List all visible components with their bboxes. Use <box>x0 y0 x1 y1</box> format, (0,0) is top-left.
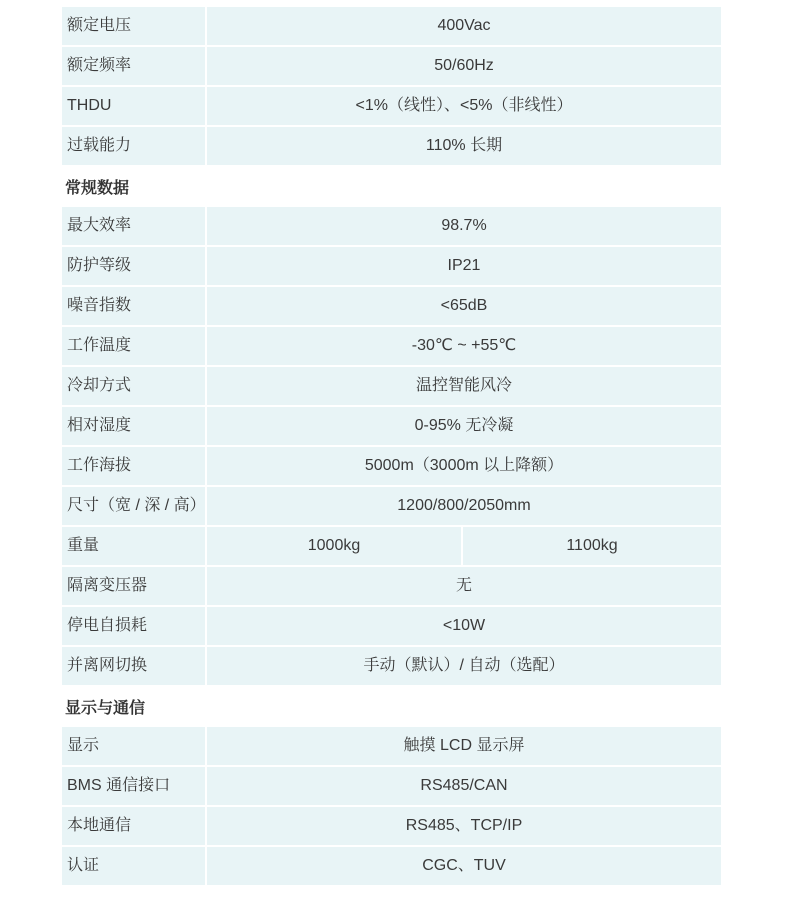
spec-value: 400Vac <box>207 7 721 45</box>
spec-label: 工作温度 <box>62 327 205 365</box>
spec-label: 并离网切换 <box>62 647 205 685</box>
spec-value: <1%（线性）、<5%（非线性） <box>207 87 721 125</box>
table-row: 冷却方式 温控智能风冷 <box>62 367 721 405</box>
spec-value: RS485/CAN <box>207 767 721 805</box>
spec-label: 隔离变压器 <box>62 567 205 605</box>
table-row: 工作温度 -30℃ ~ +55℃ <box>62 327 721 365</box>
spec-label: 本地通信 <box>62 807 205 845</box>
table-row: 最大效率 98.7% <box>62 207 721 245</box>
spec-value: 50/60Hz <box>207 47 721 85</box>
spec-value: 温控智能风冷 <box>207 367 721 405</box>
table-row: 隔离变压器 无 <box>62 567 721 605</box>
spec-label: 停电自损耗 <box>62 607 205 645</box>
spec-value: 无 <box>207 567 721 605</box>
spec-label: 最大效率 <box>62 207 205 245</box>
spec-value: <65dB <box>207 287 721 325</box>
spec-value-right: 1100kg <box>463 527 721 565</box>
spec-value-left: 1000kg <box>207 527 461 565</box>
table-row: 显示 触摸 LCD 显示屏 <box>62 727 721 765</box>
spec-value: 110% 长期 <box>207 127 721 165</box>
table-row: 认证 CGC、TUV <box>62 847 721 885</box>
spec-value: 0-95% 无冷凝 <box>207 407 721 445</box>
table-row: 额定电压 400Vac <box>62 7 721 45</box>
spec-value: 1200/800/2050mm <box>207 487 721 525</box>
table-row: THDU <1%（线性）、<5%（非线性） <box>62 87 721 125</box>
table-row: BMS 通信接口 RS485/CAN <box>62 767 721 805</box>
table-row-dual: 重量 1000kg 1100kg <box>62 527 721 565</box>
spec-value: <10W <box>207 607 721 645</box>
spec-label: 过载能力 <box>62 127 205 165</box>
table-row: 停电自损耗 <10W <box>62 607 721 645</box>
spec-value: RS485、TCP/IP <box>207 807 721 845</box>
spec-value: 5000m（3000m 以上降额） <box>207 447 721 485</box>
spec-label: 重量 <box>62 527 205 565</box>
spec-label: THDU <box>62 87 205 125</box>
spec-label: 防护等级 <box>62 247 205 285</box>
spec-label: 额定电压 <box>62 7 205 45</box>
table-row: 工作海拔 5000m（3000m 以上降额） <box>62 447 721 485</box>
table-row: 过载能力 110% 长期 <box>62 127 721 165</box>
spec-value: CGC、TUV <box>207 847 721 885</box>
spec-value: 触摸 LCD 显示屏 <box>207 727 721 765</box>
spec-value: IP21 <box>207 247 721 285</box>
spec-label: 冷却方式 <box>62 367 205 405</box>
spec-value: 手动（默认）/ 自动（选配） <box>207 647 721 685</box>
table-row: 并离网切换 手动（默认）/ 自动（选配） <box>62 647 721 685</box>
spec-table: 额定电压 400Vac 额定频率 50/60Hz THDU <1%（线性）、<5… <box>62 7 721 885</box>
spec-label: 显示 <box>62 727 205 765</box>
table-row: 额定频率 50/60Hz <box>62 47 721 85</box>
table-row: 相对湿度 0-95% 无冷凝 <box>62 407 721 445</box>
spec-label: 噪音指数 <box>62 287 205 325</box>
table-row: 防护等级 IP21 <box>62 247 721 285</box>
section-header: 显示与通信 <box>62 687 721 725</box>
table-row: 尺寸（宽 / 深 / 高） 1200/800/2050mm <box>62 487 721 525</box>
spec-label: 认证 <box>62 847 205 885</box>
spec-label: 相对湿度 <box>62 407 205 445</box>
spec-value: 98.7% <box>207 207 721 245</box>
table-row: 本地通信 RS485、TCP/IP <box>62 807 721 845</box>
section-header: 常规数据 <box>62 167 721 205</box>
spec-label: BMS 通信接口 <box>62 767 205 805</box>
spec-label: 额定频率 <box>62 47 205 85</box>
spec-value: -30℃ ~ +55℃ <box>207 327 721 365</box>
spec-label: 尺寸（宽 / 深 / 高） <box>62 487 205 525</box>
table-row: 噪音指数 <65dB <box>62 287 721 325</box>
spec-label: 工作海拔 <box>62 447 205 485</box>
